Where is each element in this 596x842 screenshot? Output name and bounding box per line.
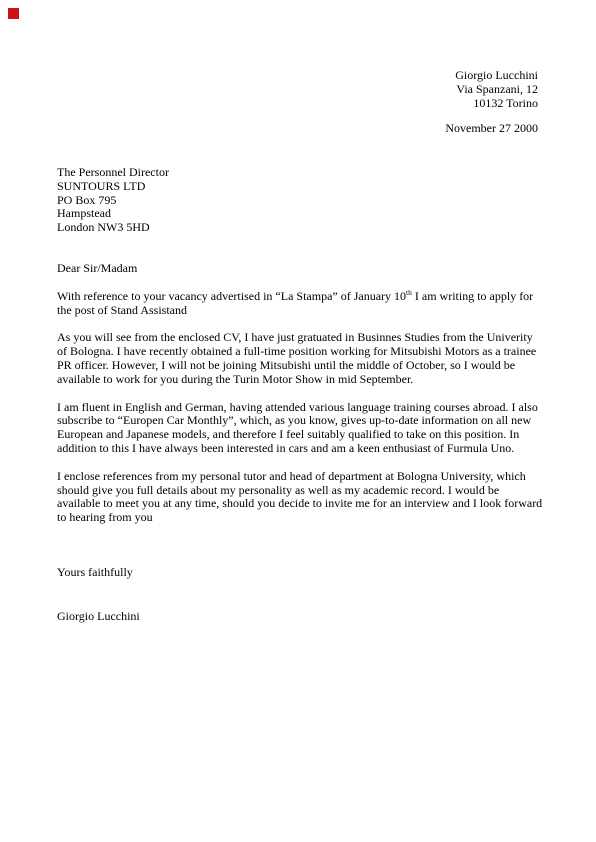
paragraph-2: As you will see from the enclosed CV, I … bbox=[57, 331, 543, 386]
recipient-city-postcode: London NW3 5HD bbox=[57, 221, 169, 235]
recipient-address-block: The Personnel Director SUNTOURS LTD PO B… bbox=[57, 166, 169, 235]
recipient-company: SUNTOURS LTD bbox=[57, 180, 169, 194]
recipient-district: Hampstead bbox=[57, 207, 169, 221]
sender-address-block: Giorgio Lucchini Via Spanzani, 12 10132 … bbox=[455, 69, 538, 110]
paragraph-3: I am fluent in English and German, havin… bbox=[57, 401, 543, 456]
letter-body: Dear Sir/Madam With reference to your va… bbox=[57, 262, 543, 624]
sender-name: Giorgio Lucchini bbox=[455, 69, 538, 83]
signature-name: Giorgio Lucchini bbox=[57, 610, 543, 624]
paragraph-1: With reference to your vacancy advertise… bbox=[57, 290, 543, 318]
paragraph-4: I enclose references from my personal tu… bbox=[57, 470, 543, 525]
closing: Yours faithfully bbox=[57, 566, 543, 580]
recipient-pobox: PO Box 795 bbox=[57, 194, 169, 208]
letter-page: Giorgio Lucchini Via Spanzani, 12 10132 … bbox=[0, 0, 596, 842]
red-square-marker bbox=[8, 8, 19, 19]
recipient-title: The Personnel Director bbox=[57, 166, 169, 180]
sender-city: 10132 Torino bbox=[455, 97, 538, 111]
letter-date: November 27 2000 bbox=[445, 122, 538, 136]
paragraph-1-text-start: With reference to your vacancy advertise… bbox=[57, 289, 406, 303]
sender-street: Via Spanzani, 12 bbox=[455, 83, 538, 97]
salutation: Dear Sir/Madam bbox=[57, 262, 543, 276]
